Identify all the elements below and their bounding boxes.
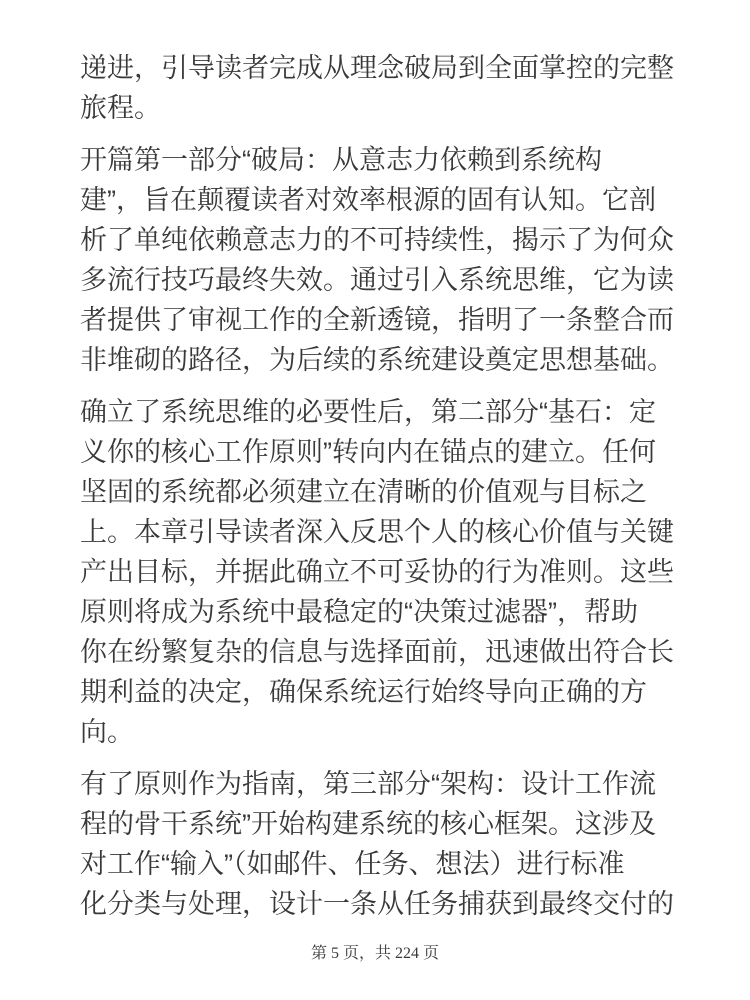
text-line: 产出目标，并据此确立不可妥协的行为准则。这些 — [80, 552, 680, 592]
text-line: 义你的核心工作原则”转向内在锚点的建立。任何 — [80, 432, 680, 472]
text-line: 建”，旨在颠覆读者对效率根源的固有认知。它剖 — [80, 180, 680, 220]
text-line: 程的骨干系统”开始构建系统的核心框架。这涉及 — [80, 804, 680, 844]
document-content: 递进，引导读者完成从理念破局到全面掌控的完整 旅程。 开篇第一部分“破局：从意志… — [80, 48, 680, 924]
text-line: 确立了系统思维的必要性后，第二部分“基石：定 — [80, 392, 680, 432]
text-line: 上。本章引导读者深入反思个人的核心价值与关键 — [80, 512, 680, 552]
page-number-label: 第 5 页，共 224 页 — [311, 945, 439, 962]
text-line: 者提供了审视工作的全新透镜，指明了一条整合而 — [80, 300, 680, 340]
text-line: 开篇第一部分“破局：从意志力依赖到系统构 — [80, 140, 680, 180]
text-line: 你在纷繁复杂的信息与选择面前，迅速做出符合长 — [80, 632, 680, 672]
paragraph: 确立了系统思维的必要性后，第二部分“基石：定 义你的核心工作原则”转向内在锚点的… — [80, 392, 680, 752]
text-line: 期利益的决定，确保系统运行始终导向正确的方 — [80, 672, 680, 712]
paragraph: 递进，引导读者完成从理念破局到全面掌控的完整 旅程。 — [80, 48, 680, 128]
document-page: 递进，引导读者完成从理念破局到全面掌控的完整 旅程。 开篇第一部分“破局：从意志… — [0, 0, 750, 1000]
text-line: 旅程。 — [80, 88, 680, 128]
text-line: 对工作“输入”（如邮件、任务、想法）进行标准 — [80, 844, 680, 884]
text-line: 递进，引导读者完成从理念破局到全面掌控的完整 — [80, 48, 680, 88]
paragraph: 有了原则作为指南，第三部分“架构：设计工作流 程的骨干系统”开始构建系统的核心框… — [80, 764, 680, 924]
text-line: 向。 — [80, 712, 680, 752]
text-line: 原则将成为系统中最稳定的“决策过滤器”，帮助 — [80, 592, 680, 632]
paragraph: 开篇第一部分“破局：从意志力依赖到系统构 建”，旨在颠覆读者对效率根源的固有认知… — [80, 140, 680, 380]
text-line: 坚固的系统都必须建立在清晰的价值观与目标之 — [80, 472, 680, 512]
text-line: 化分类与处理，设计一条从任务捕获到最终交付的 — [80, 884, 680, 924]
text-line: 多流行技巧最终失效。通过引入系统思维，它为读 — [80, 260, 680, 300]
page-footer: 第 5 页，共 224 页 — [0, 942, 750, 966]
text-line: 有了原则作为指南，第三部分“架构：设计工作流 — [80, 764, 680, 804]
text-line: 析了单纯依赖意志力的不可持续性，揭示了为何众 — [80, 220, 680, 260]
text-line: 非堆砌的路径，为后续的系统建设奠定思想基础。 — [80, 340, 680, 380]
